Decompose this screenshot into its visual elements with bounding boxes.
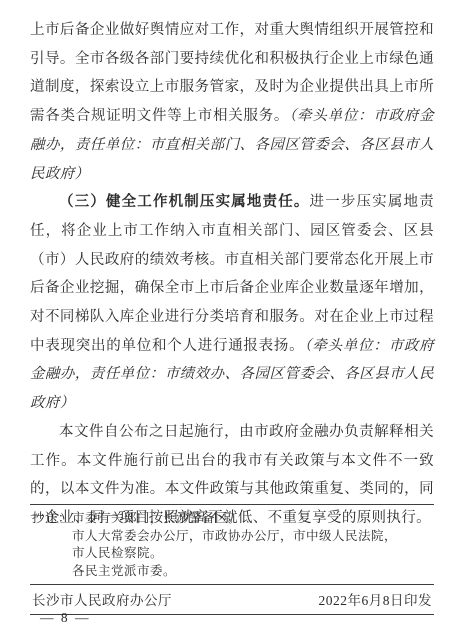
section-heading: （三）健全工作机制压实属地责任。 (59, 194, 310, 210)
cc-line: 市人民检察院。 (72, 545, 434, 563)
cc-label: 抄送： (32, 510, 72, 580)
body-paragraph-continuation: 上市后备企业做好舆情应对工作，对重大舆情组织开展管控和引导。全市各级各部门要持续… (30, 16, 434, 188)
body-paragraph-section-3: （三）健全工作机制压实属地责任。进一步压实属地责任，将企业上市工作纳入市直相关部… (30, 188, 434, 418)
cc-line: 市委有关部门，长沙警备区。 (72, 510, 434, 528)
paragraph-text: 进一步压实属地责任，将企业上市工作纳入市直相关部门、园区管委会、区县（市）人民政… (30, 194, 434, 354)
cc-line: 市人大常委会办公厅，市政协办公厅，市中级人民法院， (72, 528, 434, 546)
document-body: 上市后备企业做好舆情应对工作，对重大舆情组织开展管控和引导。全市各级各部门要持续… (30, 16, 434, 533)
cc-line: 各民主党派市委。 (72, 563, 434, 581)
print-date: 2022年6月8日印发 (319, 589, 433, 609)
document-page: 上市后备企业做好舆情应对工作，对重大舆情组织开展管控和引导。全市各级各部门要持续… (0, 0, 449, 642)
page-number: — 8 — (40, 610, 91, 626)
issuing-office: 长沙市人民政府办公厅 (32, 589, 172, 609)
document-footer: 抄送： 市委有关部门，长沙警备区。 市人大常委会办公厅，市政协办公厅，市中级人民… (30, 504, 434, 615)
cc-block: 抄送： 市委有关部门，长沙警备区。 市人大常委会办公厅，市政协办公厅，市中级人民… (30, 505, 434, 584)
cc-lines: 市委有关部门，长沙警备区。 市人大常委会办公厅，市政协办公厅，市中级人民法院， … (72, 510, 434, 580)
